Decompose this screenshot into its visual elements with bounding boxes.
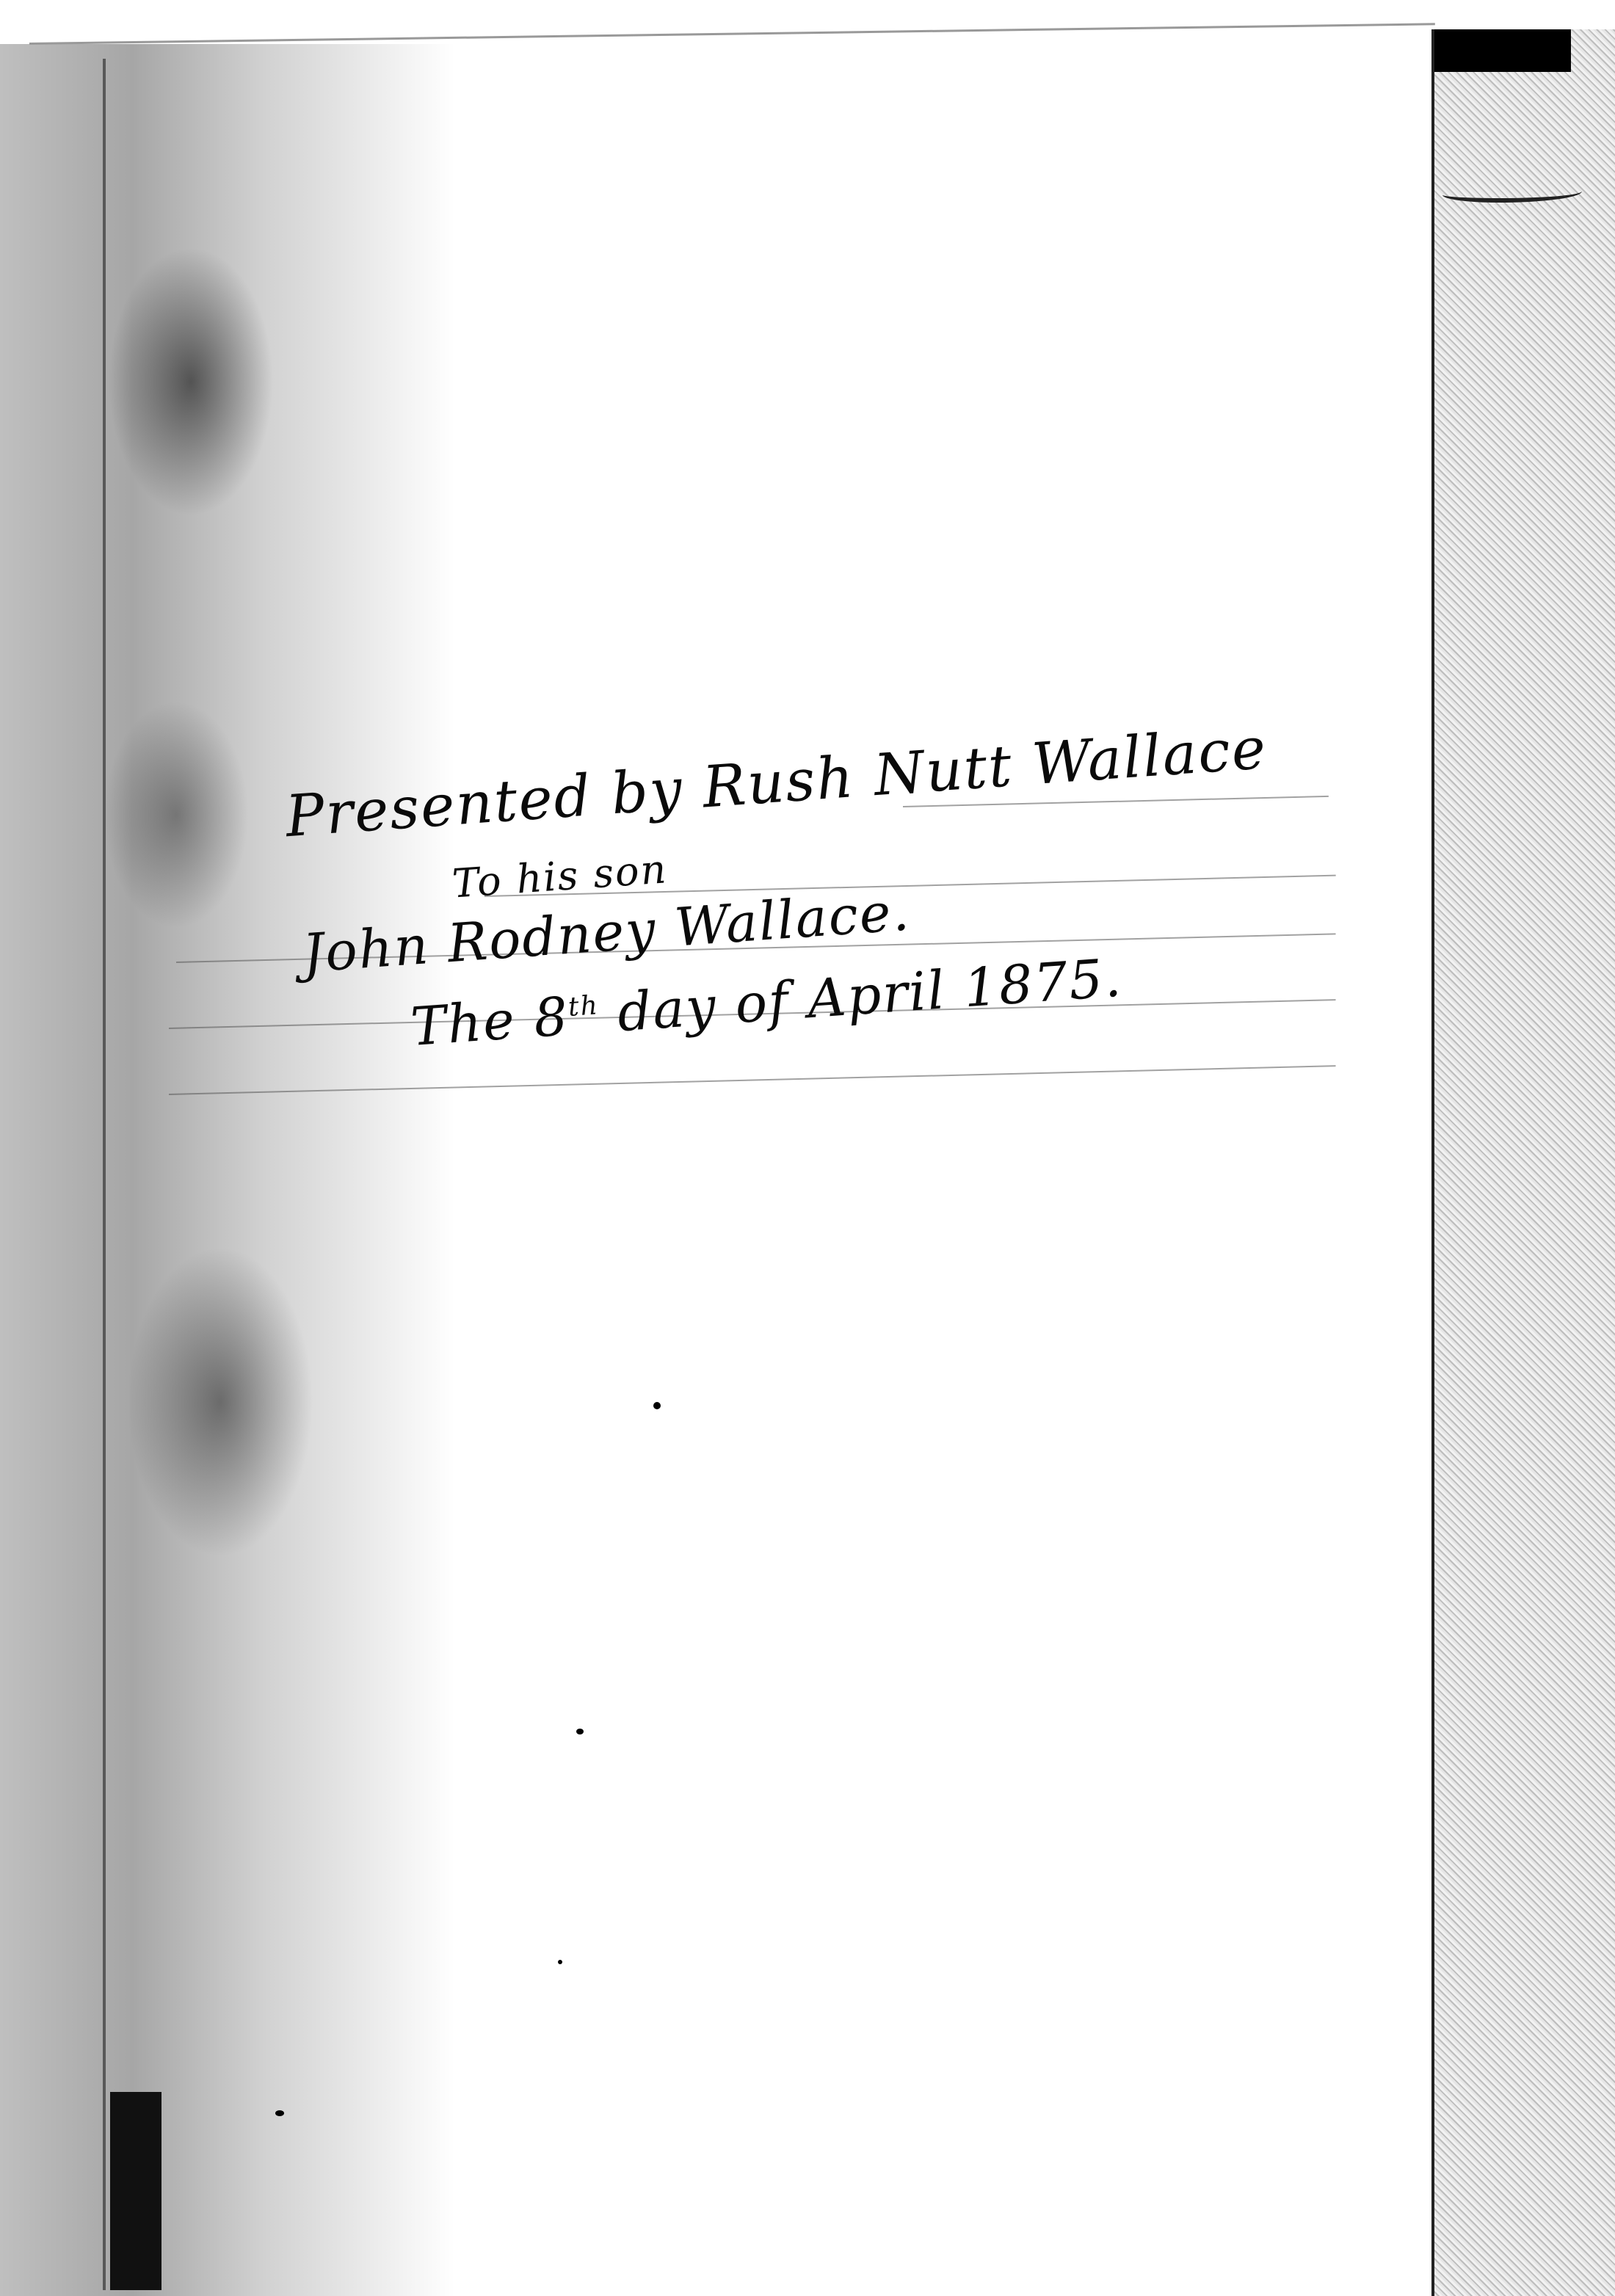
document-page: Presented by Rush Nutt Wallace To his so… [0, 0, 1615, 2296]
ink-speck [558, 1960, 562, 1964]
left-binding-edge [103, 59, 106, 2290]
inscription-line-recipient: To his son [451, 846, 669, 907]
ink-speck [275, 2110, 284, 2116]
top-page-edge [29, 23, 1435, 45]
handwritten-inscription: Presented by Rush Nutt Wallace To his so… [264, 642, 1391, 1129]
inscription-line-presented: Presented by Rush Nutt Wallace [283, 716, 1269, 850]
ink-speck [653, 1402, 661, 1409]
ink-speck [576, 1729, 584, 1734]
right-edge-dark-tab [1434, 29, 1571, 72]
spine-shadow [0, 44, 455, 2296]
binding-corner [110, 2092, 161, 2290]
right-page-edge [1431, 29, 1615, 2296]
